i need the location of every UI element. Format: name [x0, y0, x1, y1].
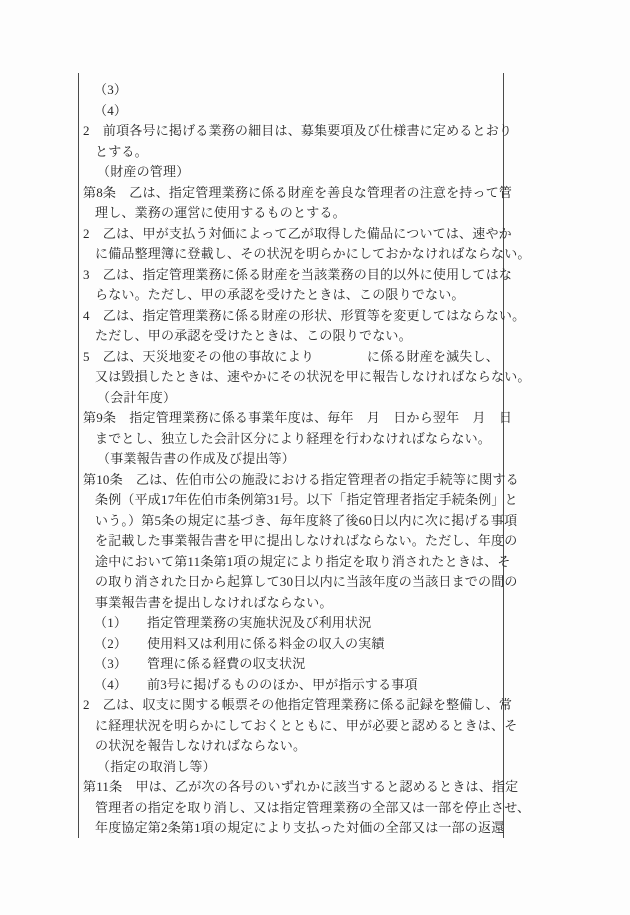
document-line: を記載した事業報告書を甲に提出しなければならない。ただし、年度の [83, 531, 507, 552]
document-line: 3 乙は、指定管理業務に係る財産を当該業務の目的以外に使用してはな [83, 265, 507, 286]
left-border-rule [78, 73, 79, 838]
document-line: 第9条 指定管理業務に係る事業年度は、毎年 月 日から翌年 月 日 [83, 408, 507, 429]
document-line: （指定の取消し等） [83, 757, 507, 778]
document-line: 第10条 乙は、佐伯市公の施設における指定管理者の指定手続等に関する [83, 470, 507, 491]
document-page: （3）（4）2 前項各号に掲げる業務の細目は、募集要項及び仕様書に定めるとおりと… [0, 0, 630, 915]
document-line: （会計年度） [83, 388, 507, 409]
document-line: ただし、甲の承認を受けたときは、この限りでない。 [83, 326, 507, 347]
document-line: （1） 指定管理業務の実施状況及び利用状況 [83, 613, 507, 634]
document-line: の状況を報告しなければならない。 [83, 736, 507, 757]
document-line: （事業報告書の作成及び提出等） [83, 449, 507, 470]
document-line: 事業報告書を提出しなければならない。 [83, 593, 507, 614]
document-text-block: （3）（4）2 前項各号に掲げる業務の細目は、募集要項及び仕様書に定めるとおりと… [83, 80, 507, 839]
document-line: （4） 前3号に掲げるもののほか、甲が指示する事項 [83, 675, 507, 696]
document-line: らない。ただし、甲の承認を受けたときは、この限りでない。 [83, 285, 507, 306]
document-line: （4） [83, 101, 507, 122]
document-line: （3） [83, 80, 507, 101]
document-line: 又は毀損したときは、速やかにその状況を甲に報告しなければならない。 [83, 367, 507, 388]
document-line: 年度協定第2条第1項の規定により支払った対価の全部又は一部の返還 [83, 818, 507, 839]
document-line: までとし、独立した会計区分により経理を行わなければならない。 [83, 429, 507, 450]
document-line: 途中において第11条第1項の規定により指定を取り消されたときは、そ [83, 552, 507, 573]
document-line: 2 前項各号に掲げる業務の細目は、募集要項及び仕様書に定めるとおり [83, 121, 507, 142]
document-line: 2 乙は、甲が支払う対価によって乙が取得した備品については、速やか [83, 224, 507, 245]
document-line: 2 乙は、収支に関する帳票その他指定管理業務に係る記録を整備し、常 [83, 695, 507, 716]
document-line: 第11条 甲は、乙が次の各号のいずれかに該当すると認めるときは、指定 [83, 777, 507, 798]
document-line: 管理者の指定を取り消し、又は指定管理業務の全部又は一部を停止させ、 [83, 798, 507, 819]
document-line: 5 乙は、天災地変その他の事故により に係る財産を滅失し、 [83, 347, 507, 368]
document-line: 理し、業務の運営に使用するものとする。 [83, 203, 507, 224]
document-line: に備品整理簿に登載し、その状況を明らかにしておかなければならない。 [83, 244, 507, 265]
document-line: の取り消された日から起算して30日以内に当該年度の当該日までの間の [83, 572, 507, 593]
document-line: （3） 管理に係る経費の収支状況 [83, 654, 507, 675]
document-line: （財産の管理） [83, 162, 507, 183]
document-line: とする。 [83, 142, 507, 163]
document-line: （2） 使用料又は利用に係る料金の収入の実績 [83, 634, 507, 655]
document-line: 4 乙は、指定管理業務に係る財産の形状、形質等を変更してはならない。 [83, 306, 507, 327]
document-line: 第8条 乙は、指定管理業務に係る財産を善良な管理者の注意を持って管 [83, 183, 507, 204]
document-line: に経理状況を明らかにしておくとともに、甲が必要と認めるときは、そ [83, 716, 507, 737]
document-line: いう。）第5条の規定に基づき、毎年度終了後60日以内に次に掲げる事項 [83, 511, 507, 532]
document-line: 条例（平成17年佐伯市条例第31号。以下「指定管理者指定手続条例」と [83, 490, 507, 511]
